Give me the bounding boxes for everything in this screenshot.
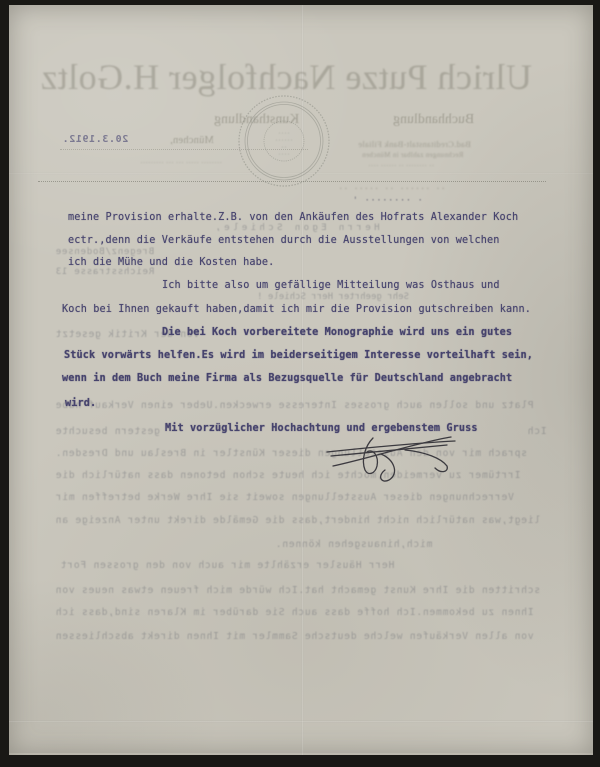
horizontal-fold-crease-bottom (9, 720, 593, 723)
bleed-bank-line-2: Rechnungen zahlbar in München (362, 151, 463, 159)
bleed-bank-line-3: ·· ········ ·· ······ ···· (368, 162, 434, 170)
bleed-small-print: ········ ····· ··· ··· ········· (140, 159, 222, 167)
bleed-body-line: von allen Verkäufen welche deutsche Samm… (55, 631, 534, 642)
bleed-body-line: gestern besuchte (55, 426, 160, 437)
signature-crossed-out (315, 430, 465, 485)
stamp-text-row: ···· (278, 131, 290, 137)
bleed-typed-fragment-faint: ·· ······ ·· ····· ·· (338, 184, 445, 193)
letter-line: meine Provision erhalte.Z.B. von den Ank… (68, 212, 518, 223)
bleed-salutation: Sehr geehrter Herr Schiele ! (257, 292, 409, 302)
letter-line: wenn in dem Buch meine Firma als Bezugsq… (62, 373, 512, 384)
bleed-body-line: Platz und sollen auch grosses Interesse … (55, 400, 534, 411)
letter-line: Die bei Koch vorbereitete Monographie wi… (162, 327, 512, 338)
bleed-date: 20.3.1912. (62, 134, 128, 145)
bleed-bank-line-1: Bad.Creditanstalt-Bank Filiale (358, 139, 471, 149)
stamp-text-row: ······ (275, 138, 293, 144)
bleed-city: München, (170, 135, 214, 146)
bleed-address-street: Reichsstrasse 13 (55, 267, 154, 277)
stamp-text-row: ·· (281, 145, 287, 151)
scanned-letter-page: Ulrich Putze Nachfolger H.Goltz Kunsthan… (0, 0, 600, 767)
letter-line: wird. (65, 398, 96, 409)
stamp-text-row: ···· (278, 152, 290, 158)
letter-line: Ich bitte also um gefällige Mitteilung w… (162, 280, 500, 291)
bleed-body-line: mich,hinausgehen können. (275, 539, 432, 550)
letter-line: Koch bei Ihnen gekauft haben,damit ich m… (62, 304, 531, 315)
letter-line: ich die Mühe und die Kosten habe. (68, 257, 274, 268)
bleed-body-line: liegt,was natürlich nicht hindert,dass d… (55, 515, 540, 526)
bleed-body-line: Verrechnungen dieser Ausstellungen sowei… (55, 492, 514, 503)
bleed-body-line: Herr Häusler erzählte mir auch von den g… (60, 560, 394, 571)
round-stamp-bleed: ···· ······ ·· ···· (236, 93, 332, 189)
bleed-letterhead-title: Ulrich Putze Nachfolger H.Goltz (62, 56, 532, 98)
bleed-typed-fragment-dark: · ········ ' (352, 196, 423, 206)
bleed-dept-buchhandlung: Buchhandlung (393, 111, 474, 127)
bleed-address-name: Herrn Egon Schiele, (212, 223, 380, 233)
letter-line: Stück vorwärts helfen.Es wird im beiders… (64, 350, 533, 361)
letter-line: ectr.,denn die Verkäufe entstehen durch … (68, 235, 499, 246)
bleed-body-line: schritten die Ihre Kunst gemacht hat.Ich… (55, 585, 540, 596)
bleed-body-line: Ich (527, 426, 547, 437)
bleed-address-city: Bregenz/Bodensee (55, 247, 154, 257)
bleed-body-line: Ihnen zu bekommen.Ich hoffe dass auch Si… (55, 607, 534, 618)
